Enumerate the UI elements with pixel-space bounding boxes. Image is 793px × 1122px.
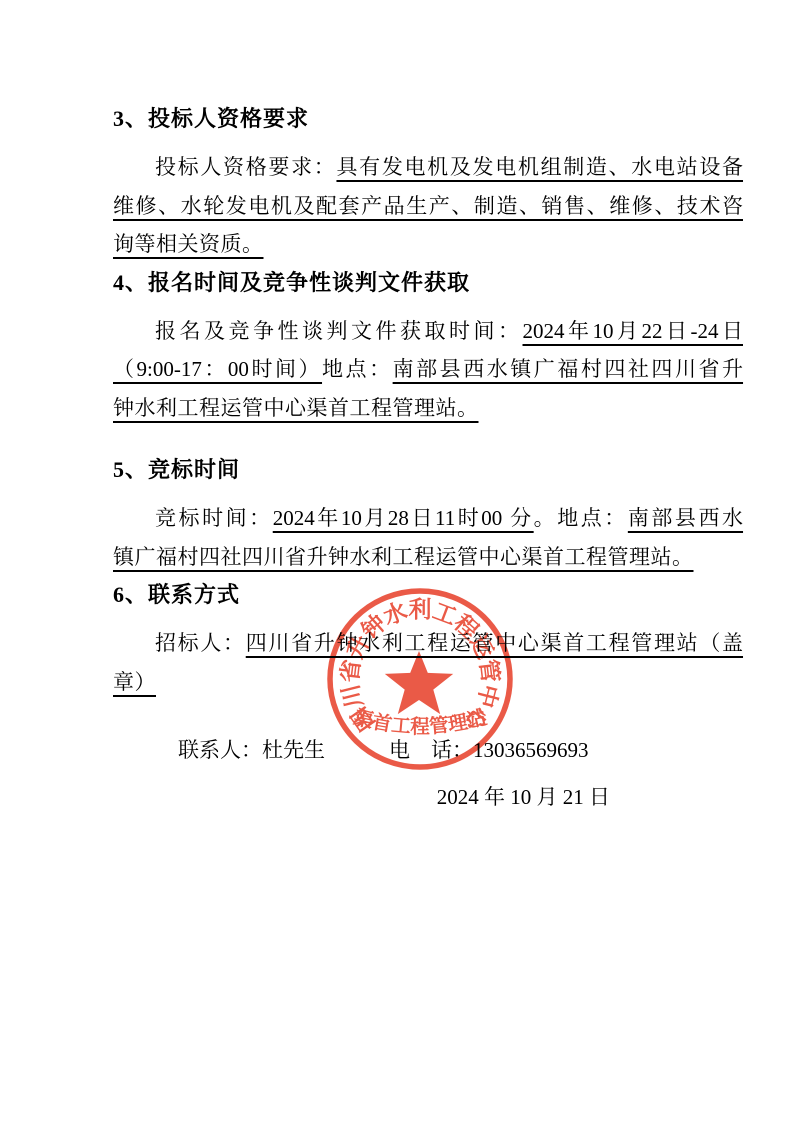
document-section: 4、报名时间及竞争性谈判文件获取报名及竞争性谈判文件获取时间：2024年10月2…	[113, 264, 743, 428]
paragraph-line: （9:00-17：00时间）地点：南部县西水镇广福村四社四川省升	[113, 350, 743, 389]
paragraph-line: 章）	[113, 663, 743, 702]
text-segment: 投标人资格要求：	[155, 155, 336, 179]
paragraph-line: 询等相关资质。	[113, 225, 743, 264]
underlined-text: （9:00-17：00时间）	[113, 357, 322, 381]
text-segment: 。地点：	[534, 506, 628, 530]
underlined-text: 2024年10月22日-24日	[523, 319, 744, 343]
section-heading: 3、投标人资格要求	[113, 100, 743, 138]
text-segment: 竞标时间：	[155, 506, 273, 530]
phone-number: 13036569693	[473, 738, 589, 762]
underlined-text: 镇广福村四社四川省升钟水利工程运管中心渠首工程管理站。	[113, 545, 694, 569]
text-segment: 报名及竞争性谈判文件获取时间：	[155, 319, 523, 343]
phone-label: 电 话：	[389, 738, 473, 762]
text-segment: 地点：	[322, 357, 393, 381]
underlined-text: 章）	[113, 670, 156, 694]
document-section: 3、投标人资格要求投标人资格要求：具有发电机及发电机组制造、水电站设备维修、水轮…	[113, 100, 743, 264]
contact-name: 杜先生	[262, 738, 325, 762]
underlined-text: 四川省升钟水利工程运管中心渠首工程管理站（盖	[246, 631, 743, 655]
section-heading: 4、报名时间及竞争性谈判文件获取	[113, 264, 743, 302]
underlined-text: 南部县西水	[628, 506, 743, 530]
paragraph-line: 竞标时间：2024年10月28日11时00 分。地点：南部县西水	[113, 499, 743, 538]
text-segment: 招标人：	[155, 631, 246, 655]
underlined-text: 2024年10月28日11时00 分	[273, 506, 534, 530]
paragraph: 投标人资格要求：具有发电机及发电机组制造、水电站设备维修、水轮发电机及配套产品生…	[113, 148, 743, 264]
paragraph: 招标人：四川省升钟水利工程运管中心渠首工程管理站（盖章）	[113, 624, 743, 701]
underlined-text: 钟水利工程运管中心渠首工程管理站。	[113, 396, 479, 420]
contact-line: 联系人：杜先生电 话：13036569693	[113, 731, 743, 770]
paragraph-line: 招标人：四川省升钟水利工程运管中心渠首工程管理站（盖	[113, 624, 743, 663]
underlined-text: 维修、水轮发电机及配套产品生产、制造、销售、维修、技术咨	[113, 194, 743, 218]
underlined-text: 南部县西水镇广福村四社四川省升	[393, 357, 743, 381]
document-page: 3、投标人资格要求投标人资格要求：具有发电机及发电机组制造、水电站设备维修、水轮…	[0, 0, 793, 1122]
section-heading: 6、联系方式	[113, 576, 743, 614]
underlined-text: 询等相关资质。	[113, 232, 264, 256]
underlined-text: 具有发电机及发电机组制造、水电站设备	[336, 155, 743, 179]
phone-group: 电 话：13036569693	[389, 738, 589, 762]
section-heading: 5、竞标时间	[113, 451, 743, 489]
paragraph-line: 报名及竞争性谈判文件获取时间：2024年10月22日-24日	[113, 312, 743, 351]
document-body: 3、投标人资格要求投标人资格要求：具有发电机及发电机组制造、水电站设备维修、水轮…	[113, 100, 743, 816]
date-line: 2024 年 10 月 21 日	[113, 778, 743, 817]
paragraph-line: 投标人资格要求：具有发电机及发电机组制造、水电站设备	[113, 148, 743, 187]
contact-label: 联系人：	[178, 738, 262, 762]
document-section: 5、竞标时间竞标时间：2024年10月28日11时00 分。地点：南部县西水镇广…	[113, 451, 743, 576]
document-section: 6、联系方式招标人：四川省升钟水利工程运管中心渠首工程管理站（盖章）	[113, 576, 743, 701]
paragraph-line: 钟水利工程运管中心渠首工程管理站。	[113, 389, 743, 428]
paragraph: 竞标时间：2024年10月28日11时00 分。地点：南部县西水镇广福村四社四川…	[113, 499, 743, 576]
paragraph: 报名及竞争性谈判文件获取时间：2024年10月22日-24日（9:00-17：0…	[113, 312, 743, 428]
paragraph-line: 镇广福村四社四川省升钟水利工程运管中心渠首工程管理站。	[113, 538, 743, 577]
paragraph-line: 维修、水轮发电机及配套产品生产、制造、销售、维修、技术咨	[113, 187, 743, 226]
